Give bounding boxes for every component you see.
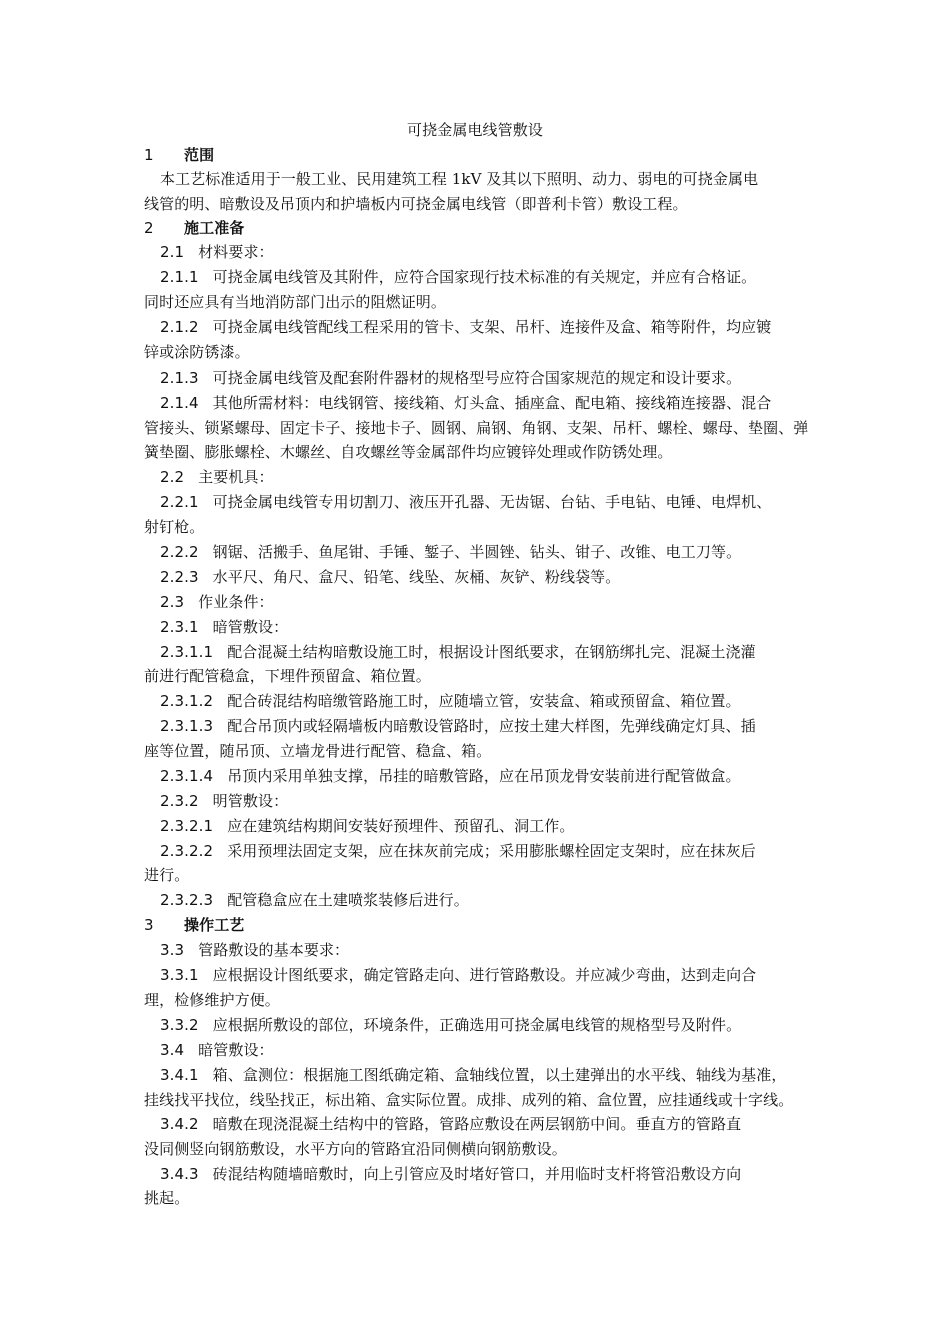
section-title: 操作工艺 <box>184 916 244 934</box>
clause-number: 3.3.1 <box>160 966 199 984</box>
paragraph-line: 锌或涂防锈漆。 <box>144 342 824 362</box>
section-title: 范围 <box>184 146 214 164</box>
clause-line: 2.1.1可挠金属电线管及其附件，应符合国家现行技术标准的有关规定，并应有合格证… <box>144 267 840 287</box>
clause-text: 水平尺、角尺、盒尺、铅笔、线坠、灰桶、灰铲、粉线袋等。 <box>213 568 621 586</box>
clause-number: 2.1 <box>160 243 184 261</box>
paragraph-line: 座等位置，随吊顶、立墙龙骨进行配管、稳盒、箱。 <box>144 741 824 761</box>
clause-line: 3.4.1箱、盒测位：根据施工图纸确定箱、盒轴线位置，以土建弹出的水平线、轴线为… <box>144 1065 840 1085</box>
paragraph-line: 进行。 <box>144 865 824 885</box>
clause-line: 2.3.1.1配合混凝土结构暗敷设施工时，根据设计图纸要求，在钢筋绑扎完、混凝土… <box>144 642 840 662</box>
clause-line: 2.1材料要求： <box>144 242 840 262</box>
clause-text: 应在建筑结构期间安装好预埋件、预留孔、洞工作。 <box>227 817 574 835</box>
clause-line: 2.3.1暗管敷设： <box>144 617 840 637</box>
clause-number: 2.1.3 <box>160 369 199 387</box>
clause-line: 3.3.2应根据所敷设的部位，环境条件，正确选用可挠金属电线管的规格型号及附件。 <box>144 1015 840 1035</box>
clause-number: 2.2.3 <box>160 568 199 586</box>
clause-number: 3.3.2 <box>160 1016 199 1034</box>
clause-text: 暗管敷设： <box>213 618 289 636</box>
paragraph-line: 前进行配管稳盒，下埋件预留盒、箱位置。 <box>144 666 824 686</box>
clause-number: 2.3.1.4 <box>160 767 213 785</box>
clause-line: 3.3管路敷设的基本要求： <box>144 940 840 960</box>
paragraph-line: 挂线找平找位，线坠找正，标出箱、盒实际位置。成排、成列的箱、盒位置，应挂通线或十… <box>144 1090 824 1110</box>
clause-text: 主要机具： <box>198 468 274 486</box>
clause-number: 2.3.1.1 <box>160 643 213 661</box>
section-heading: 3操作工艺 <box>144 915 824 935</box>
clause-text: 可挠金属电线管及配套附件器材的规格型号应符合国家规范的规定和设计要求。 <box>213 369 742 387</box>
clause-number: 2.3.2.2 <box>160 842 213 860</box>
clause-number: 3.4.1 <box>160 1066 199 1084</box>
clause-number: 3.3 <box>160 941 184 959</box>
section-heading: 1范围 <box>144 145 824 165</box>
clause-number: 3.4 <box>160 1041 184 1059</box>
paragraph-line: 挑起。 <box>144 1188 824 1208</box>
clause-number: 2.1.2 <box>160 318 199 336</box>
clause-number: 2.3.1.2 <box>160 692 213 710</box>
document-page: 可挠金属电线管敷设 1范围 本工艺标准适用于一般工业、民用建筑工程 1kV 及其… <box>0 0 950 1344</box>
clause-line: 2.2.1可挠金属电线管专用切割刀、液压开孔器、无齿锯、台钻、手电钻、电锤、电焊… <box>144 492 840 512</box>
clause-text: 可挠金属电线管专用切割刀、液压开孔器、无齿锯、台钻、手电钻、电锤、电焊机、 <box>213 493 772 511</box>
clause-text: 可挠金属电线管及其附件，应符合国家现行技术标准的有关规定，并应有合格证。 <box>213 268 757 286</box>
clause-line: 2.3.1.2配合砖混结构暗缴管路施工时，应随墙立管，安装盒、箱或预留盒、箱位置… <box>144 691 840 711</box>
section-title: 施工准备 <box>184 219 244 237</box>
clause-text: 明管敷设： <box>213 792 289 810</box>
clause-text: 暗管敷设： <box>198 1041 274 1059</box>
clause-line: 2.3.2.2采用预埋法固定支架，应在抹灰前完成；采用膨胀螺栓固定支架时，应在抹… <box>144 841 840 861</box>
clause-number: 2.1.1 <box>160 268 199 286</box>
clause-text: 配合砖混结构暗缴管路施工时，应随墙立管，安装盒、箱或预留盒、箱位置。 <box>227 692 740 710</box>
clause-number: 3.4.2 <box>160 1115 199 1133</box>
clause-text: 应根据所敷设的部位，环境条件，正确选用可挠金属电线管的规格型号及附件。 <box>213 1016 742 1034</box>
section-heading: 2施工准备 <box>144 218 824 238</box>
clause-line: 2.2.2钢锯、活搬手、鱼尾钳、手锤、錾子、半圆锉、钻头、钳子、改锥、电工刀等。 <box>144 542 840 562</box>
document-title: 可挠金属电线管敷设 <box>0 120 950 140</box>
paragraph-line: 理，检修维护方便。 <box>144 990 824 1010</box>
clause-number: 2.3.1.3 <box>160 717 213 735</box>
clause-text: 吊顶内采用单独支撑，吊挂的暗敷管路，应在吊顶龙骨安装前进行配管做盒。 <box>227 767 740 785</box>
clause-line: 2.1.2可挠金属电线管配线工程采用的管卡、支架、吊杆、连接件及盒、箱等附件，均… <box>144 317 840 337</box>
clause-line: 3.3.1应根据设计图纸要求，确定管路走向、进行管路敷设。并应减少弯曲，达到走向… <box>144 965 840 985</box>
clause-number: 2.3.1 <box>160 618 199 636</box>
clause-line: 2.3.1.3配合吊顶内或轻隔墙板内暗敷设管路时，应按土建大样图，先弹线确定灯具… <box>144 716 840 736</box>
clause-line: 2.3.2.3配管稳盒应在土建喷浆装修后进行。 <box>144 890 840 910</box>
clause-number: 2.3.2.1 <box>160 817 213 835</box>
clause-number: 3.4.3 <box>160 1165 199 1183</box>
clause-line: 2.2主要机具： <box>144 467 840 487</box>
clause-text: 暗敷在现浇混凝土结构中的管路，管路应敷设在两层钢筋中间。垂直方的管路直 <box>213 1115 742 1133</box>
clause-text: 材料要求： <box>198 243 274 261</box>
paragraph-line: 线管的明、暗敷设及吊顶内和护墙板内可挠金属电线管（即普利卡管）敷设工程。 <box>144 194 824 214</box>
clause-text: 砖混结构随墙暗敷时，向上引管应及时堵好管口，并用临时支杆将管沿敷设方向 <box>213 1165 742 1183</box>
paragraph-line: 没同侧竖向钢筋敷设，水平方向的管路宜沿同侧横向钢筋敷设。 <box>144 1139 824 1159</box>
clause-number: 2.3.2 <box>160 792 199 810</box>
section-number: 1 <box>144 145 170 165</box>
clause-line: 3.4暗管敷设： <box>144 1040 840 1060</box>
clause-text: 采用预埋法固定支架，应在抹灰前完成；采用膨胀螺栓固定支架时，应在抹灰后 <box>227 842 756 860</box>
clause-number: 2.1.4 <box>160 394 199 412</box>
section-number: 2 <box>144 218 170 238</box>
clause-text: 配合吊顶内或轻隔墙板内暗敷设管路时，应按土建大样图，先弹线确定灯具、插 <box>227 717 756 735</box>
clause-line: 3.4.2暗敷在现浇混凝土结构中的管路，管路应敷设在两层钢筋中间。垂直方的管路直 <box>144 1114 840 1134</box>
clause-text: 配管稳盒应在土建喷浆装修后进行。 <box>227 891 469 909</box>
clause-line: 3.4.3砖混结构随墙暗敷时，向上引管应及时堵好管口，并用临时支杆将管沿敷设方向 <box>144 1164 840 1184</box>
clause-line: 2.3作业条件： <box>144 592 840 612</box>
clause-line: 2.3.1.4吊顶内采用单独支撑，吊挂的暗敷管路，应在吊顶龙骨安装前进行配管做盒… <box>144 766 840 786</box>
section-number: 3 <box>144 915 170 935</box>
paragraph-line: 本工艺标准适用于一般工业、民用建筑工程 1kV 及其以下照明、动力、弱电的可挠金… <box>144 169 840 189</box>
clause-text: 其他所需材料：电线钢管、接线箱、灯头盒、插座盒、配电箱、接线箱连接器、混合 <box>213 394 772 412</box>
clause-line: 2.1.4其他所需材料：电线钢管、接线箱、灯头盒、插座盒、配电箱、接线箱连接器、… <box>144 393 840 413</box>
clause-number: 2.2.1 <box>160 493 199 511</box>
clause-text: 可挠金属电线管配线工程采用的管卡、支架、吊杆、连接件及盒、箱等附件，均应镀 <box>213 318 772 336</box>
clause-text: 箱、盒测位：根据施工图纸确定箱、盒轴线位置，以土建弹出的水平线、轴线为基准， <box>213 1066 787 1084</box>
paragraph-line: 管接头、锁紧螺母、固定卡子、接地卡子、圆钢、扁钢、角钢、支架、吊杆、螺栓、螺母、… <box>144 418 824 438</box>
clause-text: 配合混凝土结构暗敷设施工时，根据设计图纸要求，在钢筋绑扎完、混凝土浇灌 <box>227 643 756 661</box>
clause-number: 2.2.2 <box>160 543 199 561</box>
paragraph-line: 同时还应具有当地消防部门出示的阻燃证明。 <box>144 292 824 312</box>
clause-number: 2.2 <box>160 468 184 486</box>
clause-number: 2.3.2.3 <box>160 891 213 909</box>
clause-line: 2.2.3水平尺、角尺、盒尺、铅笔、线坠、灰桶、灰铲、粉线袋等。 <box>144 567 840 587</box>
paragraph-line: 簧垫圈、膨胀螺栓、木螺丝、自攻螺丝等金属部件均应镀锌处理或作防锈处理。 <box>144 442 824 462</box>
paragraph-line: 射钉枪。 <box>144 517 824 537</box>
clause-text: 管路敷设的基本要求： <box>198 941 349 959</box>
clause-text: 钢锯、活搬手、鱼尾钳、手锤、錾子、半圆锉、钻头、钳子、改锥、电工刀等。 <box>213 543 742 561</box>
clause-text: 作业条件： <box>198 593 274 611</box>
clause-text: 应根据设计图纸要求，确定管路走向、进行管路敷设。并应减少弯曲，达到走向合 <box>213 966 757 984</box>
clause-line: 2.3.2.1应在建筑结构期间安装好预埋件、预留孔、洞工作。 <box>144 816 840 836</box>
clause-line: 2.1.3可挠金属电线管及配套附件器材的规格型号应符合国家规范的规定和设计要求。 <box>144 368 840 388</box>
clause-line: 2.3.2明管敷设： <box>144 791 840 811</box>
clause-number: 2.3 <box>160 593 184 611</box>
